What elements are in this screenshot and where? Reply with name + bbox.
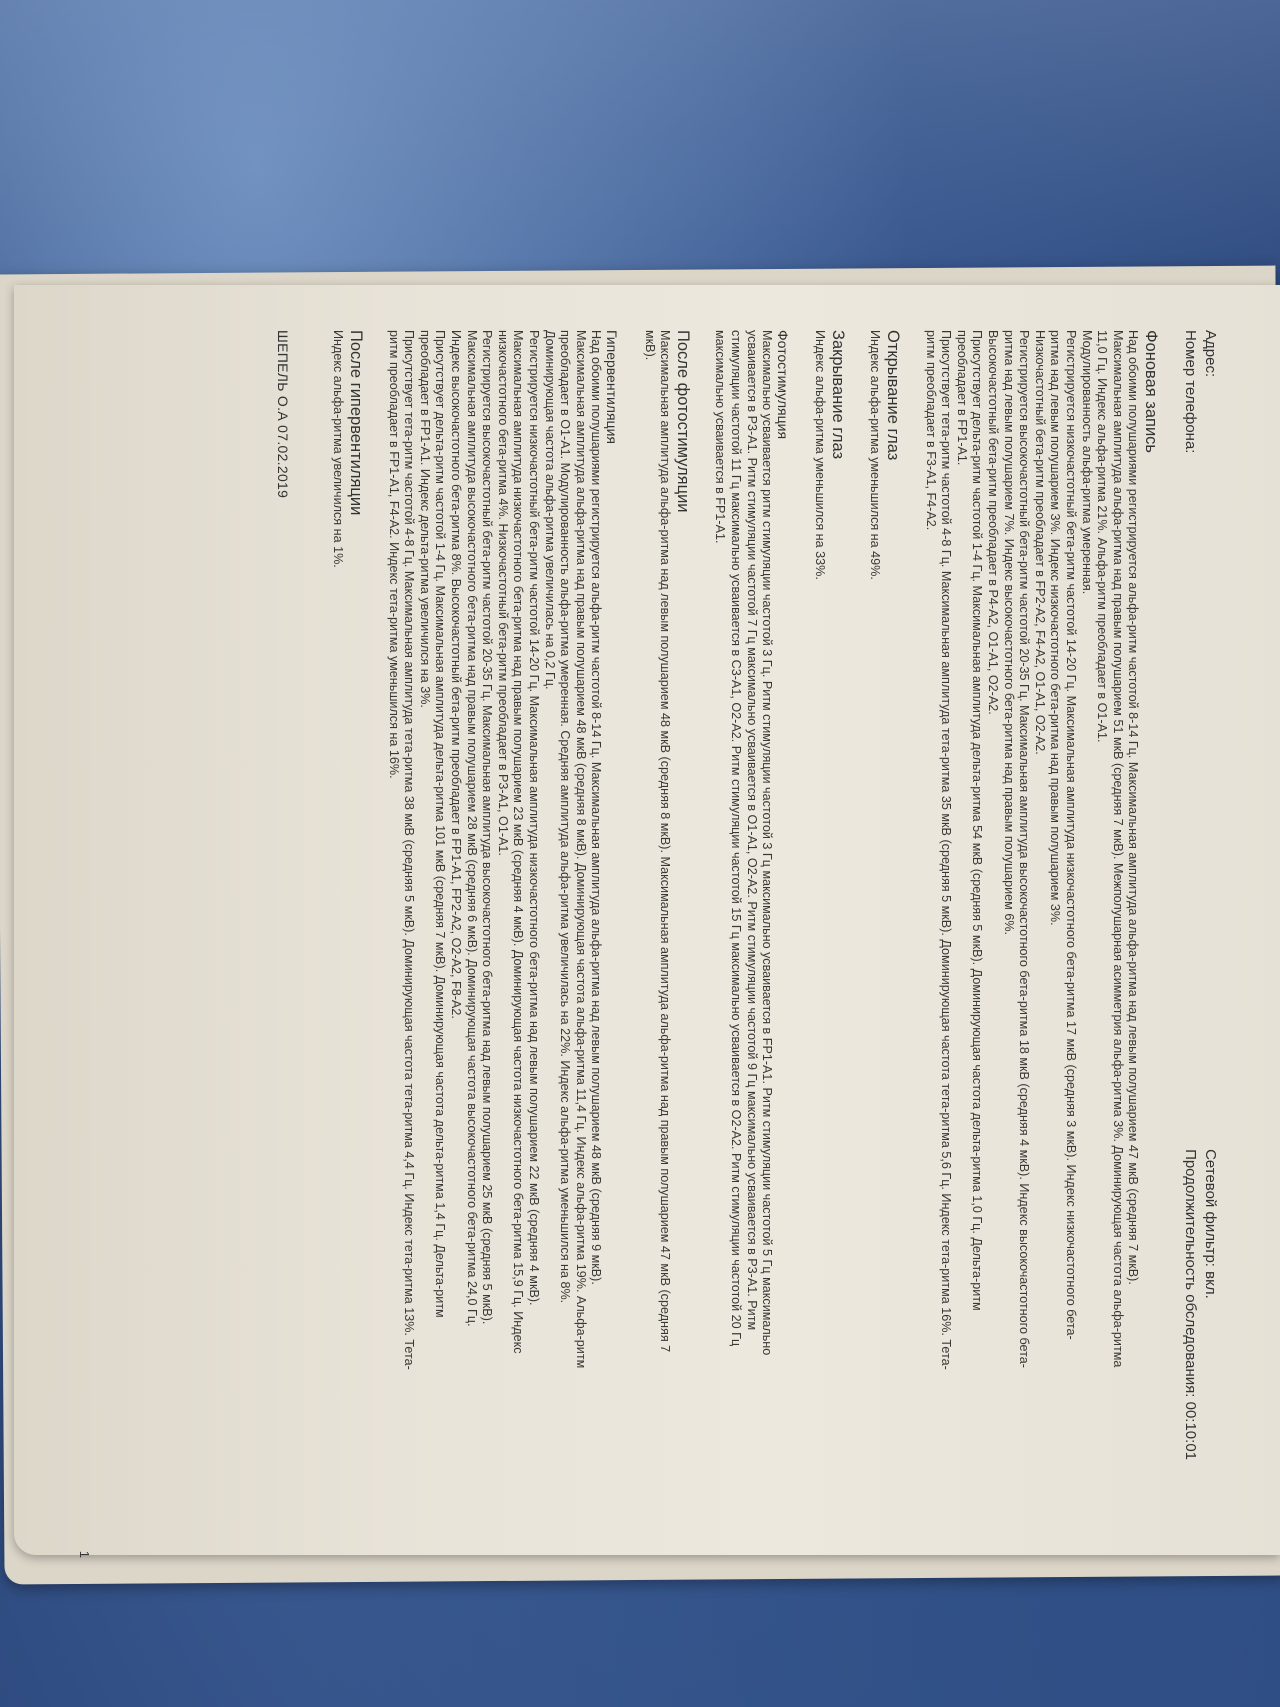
eeg-report-page: Адрес: Номер телефона: Сетевой фильтр: в… bbox=[70, 330, 1220, 1570]
section-title: Закрывание глаз bbox=[829, 330, 845, 1570]
paragraph: Низкочастотный бета-ритм преобладает в F… bbox=[1031, 330, 1047, 1370]
section-title: После фотостимуляции bbox=[674, 330, 690, 1570]
section-body: Индекс альфа-ритма уменьшился на 49%. bbox=[867, 330, 883, 1370]
paragraph: Над обоими полушариями регистрируется ал… bbox=[541, 330, 603, 1370]
paragraph: Индекс альфа-ритма увеличился на 1%. bbox=[330, 330, 346, 1370]
paragraph: Модулированность альфа-ритма умеренная. bbox=[1078, 330, 1094, 1370]
paragraph: Индекс альфа-ритма уменьшился на 33%. bbox=[812, 330, 828, 1370]
section-body: Над обоими полушариями регистрируется ал… bbox=[922, 330, 1140, 1370]
signature: ШЕПЕЛЬ О.А 07.02.2019 bbox=[274, 330, 290, 1570]
section-body: Над обоими полушариями регистрируется ал… bbox=[385, 330, 603, 1370]
paragraph: Регистрируется низкочастотный бета-ритм … bbox=[1047, 330, 1078, 1370]
section-subtitle: Фотостимуляция bbox=[774, 330, 790, 1570]
report-header: Адрес: Номер телефона: Сетевой фильтр: в… bbox=[1180, 330, 1220, 1460]
section-body: Максимальная амплитуда альфа-ритма над л… bbox=[641, 330, 672, 1370]
report-section: Открывание глазИндекс альфа-ритма уменьш… bbox=[867, 330, 900, 1570]
paragraph: Высокочастотный бета-ритм преобладает в … bbox=[984, 330, 1000, 1370]
exam-duration-label: Продолжительность обследования: 00:10:01 bbox=[1180, 1149, 1200, 1460]
phone-label: Номер телефона: bbox=[1180, 330, 1200, 453]
paragraph: Регистрируется низкочастотный бета-ритм … bbox=[494, 330, 541, 1370]
paragraph: Над обоими полушариями регистрируется ал… bbox=[1094, 330, 1141, 1370]
section-title: Фоновая запись bbox=[1142, 330, 1158, 1570]
network-filter-label: Сетевой фильтр: вкл. bbox=[1200, 1149, 1220, 1460]
report-sections: Фоновая записьНад обоими полушариями рег… bbox=[330, 330, 1158, 1570]
section-title: После гипервентиляции bbox=[347, 330, 363, 1570]
paragraph: Индекс альфа-ритма уменьшился на 49%. bbox=[867, 330, 883, 1370]
paragraph: Присутствует дельта-ритм частотой 1-4 Гц… bbox=[416, 330, 447, 1370]
report-section: ГипервентиляцияНад обоими полушариями ре… bbox=[385, 330, 619, 1570]
address-label: Адрес: bbox=[1200, 330, 1220, 453]
paragraph: Регистрируется высокочастотный бета-ритм… bbox=[1000, 330, 1031, 1370]
paragraph: Присутствует тета-ритм частотой 4-8 Гц. … bbox=[922, 330, 953, 1370]
report-section: После фотостимуляцииМаксимальная амплиту… bbox=[641, 330, 690, 1570]
section-body: Индекс альфа-ритма уменьшился на 33%. bbox=[812, 330, 828, 1370]
paragraph: Регистрируется высокочастотный бета-ритм… bbox=[447, 330, 494, 1370]
section-title: Открывание глаз bbox=[885, 330, 901, 1570]
report-section: Закрывание глазИндекс альфа-ритма уменьш… bbox=[812, 330, 845, 1570]
section-body: Индекс альфа-ритма увеличился на 1%. bbox=[330, 330, 346, 1370]
report-section: Фоновая записьНад обоими полушариями рег… bbox=[922, 330, 1158, 1570]
paragraph: Присутствует тета-ритм частотой 4-8 Гц. … bbox=[385, 330, 416, 1370]
section-subtitle: Гипервентиляция bbox=[603, 330, 619, 1570]
paragraph: Присутствует дельта-ритм частотой 1-4 Гц… bbox=[953, 330, 984, 1370]
report-section: После гипервентиляцииИндекс альфа-ритма … bbox=[330, 330, 363, 1570]
report-section: ФотостимуляцияМаксимально усваивается ри… bbox=[712, 330, 790, 1570]
fabric-background bbox=[0, 0, 1280, 300]
page-number: 1 bbox=[76, 1551, 92, 1558]
header-left: Адрес: Номер телефона: bbox=[1180, 330, 1220, 453]
header-right: Сетевой фильтр: вкл. Продолжительность о… bbox=[1180, 1149, 1220, 1460]
paragraph: Максимально усваивается ритм стимуляции … bbox=[712, 330, 774, 1370]
paragraph: Максимальная амплитуда альфа-ритма над л… bbox=[641, 330, 672, 1370]
section-body: Максимально усваивается ритм стимуляции … bbox=[712, 330, 774, 1370]
